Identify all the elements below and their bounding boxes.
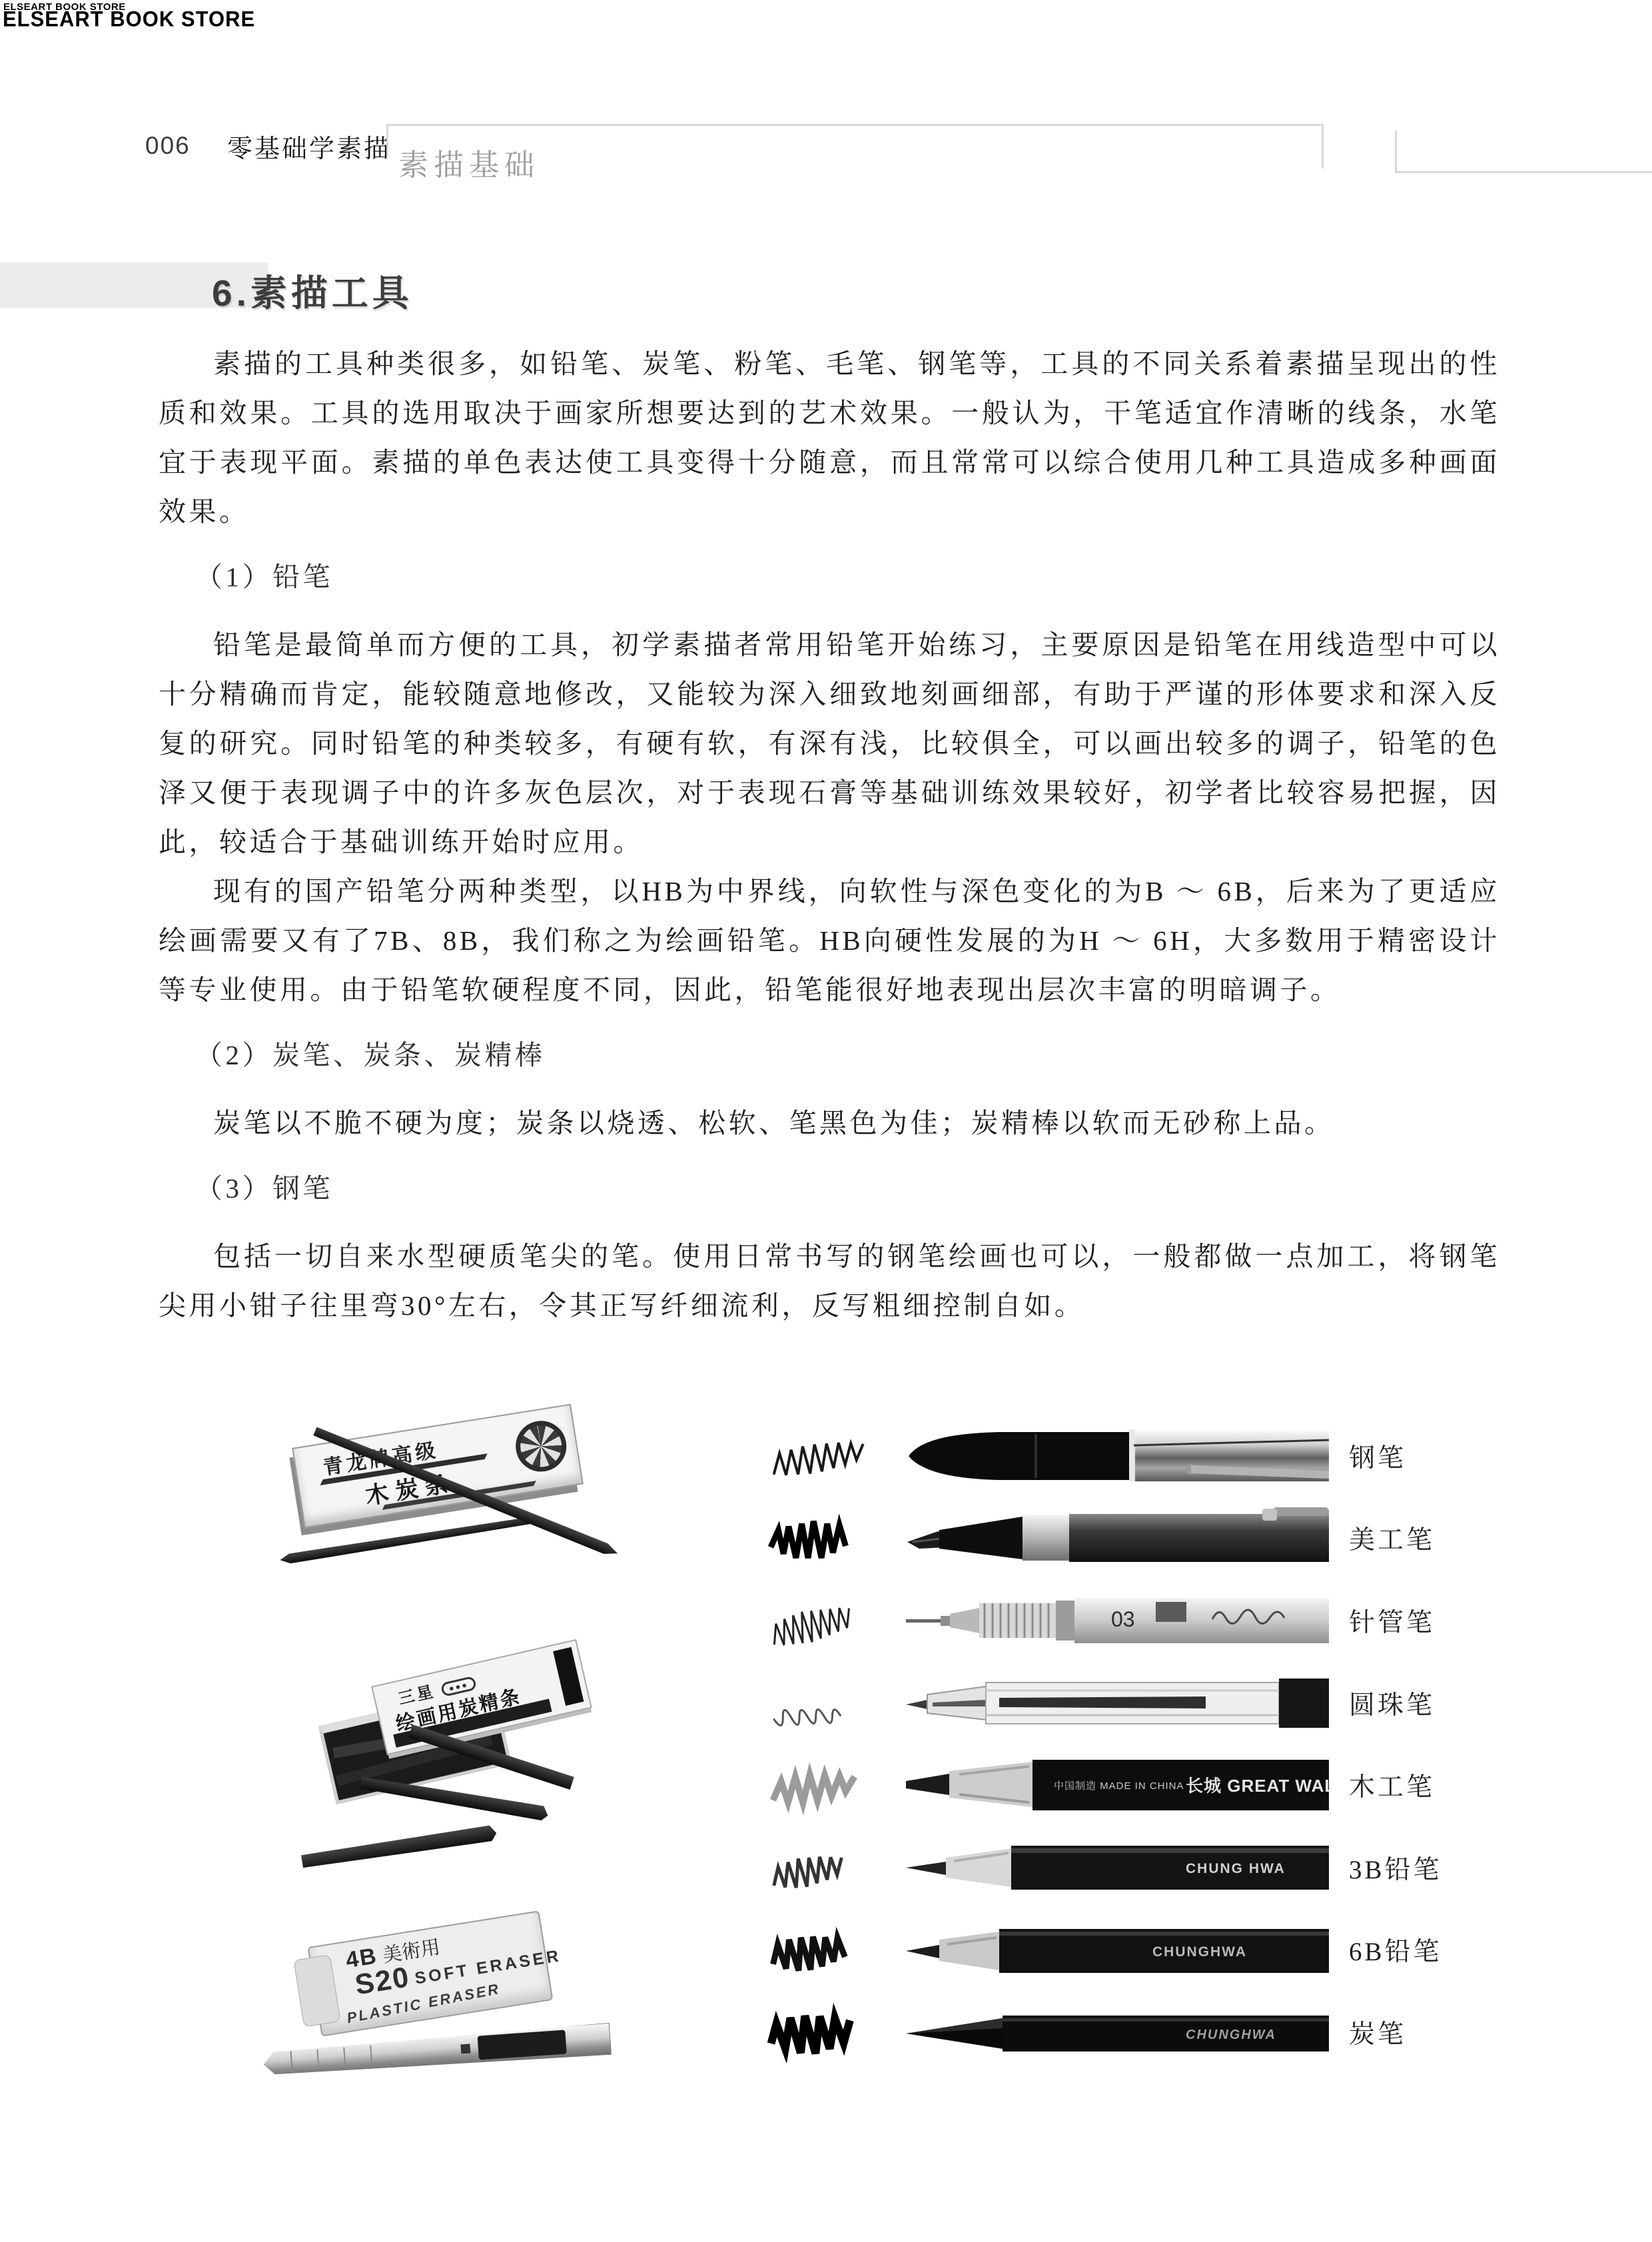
book-page: ELSEART BOOK STORE ELSEART BOOK STORE 00…	[0, 0, 1652, 2242]
fountain-pen-image	[899, 1425, 1329, 1485]
tool-row-6b-pencil: CHUNGHWA 6B铅笔	[746, 1912, 1652, 1986]
charcoal-paragraph: 炭笔以不脆不硬为度；炭条以烧透、松软、笔黑色为佳；炭精棒以软而无砂称上品。	[159, 1098, 1500, 1148]
tool-label: 钢笔	[1349, 1437, 1406, 1475]
subsection-heading-pen: （3）钢笔	[159, 1164, 1500, 1213]
3b-pencil-stroke-sample	[766, 1836, 899, 1898]
ballpoint-pen-image	[899, 1673, 1329, 1732]
charcoal-pencil-stroke-sample	[766, 2000, 899, 2063]
tool-label: 6B铅笔	[1349, 1931, 1442, 1968]
3b-pencil-brand-marking: CHUNG HWA	[1186, 1861, 1286, 1876]
technical-pen-stroke-sample	[766, 1589, 899, 1651]
carpenter-pencil-stroke-sample	[766, 1753, 899, 1816]
header-bracket-rule	[1395, 131, 1652, 173]
tool-row-3b-pencil: CHUNG HWA 3B铅笔	[746, 1830, 1652, 1904]
book-title: 零基础学素描	[227, 128, 391, 165]
6b-pencil-stroke-sample	[766, 1918, 899, 1980]
subsection-heading-pencil: （1）铅笔	[159, 552, 1500, 601]
eraser-body	[293, 1954, 340, 2028]
knife-slider-button	[460, 2044, 470, 2054]
section-title: 6.素描工具	[212, 264, 413, 316]
blade-segment-lines	[290, 2051, 292, 2071]
tool-label: 3B铅笔	[1349, 1849, 1442, 1886]
tool-row-carpenter-pencil: 中国制造 MADE IN CHINA 长城 GREAT WALL 木工笔	[746, 1748, 1652, 1821]
tool-row-fountain-pen: 钢笔	[746, 1419, 1652, 1492]
intro-paragraph: 素描的工具种类很多，如铅笔、炭笔、粉笔、毛笔、钢笔等，工具的不同关系着素描呈现出…	[159, 339, 1500, 536]
technical-pen-size-marking: 03	[1111, 1607, 1135, 1631]
article-body: 素描的工具种类很多，如铅笔、炭笔、粉笔、毛笔、钢笔等，工具的不同关系着素描呈现出…	[159, 339, 1500, 1330]
page-number: 006	[145, 132, 191, 160]
art-pen-stroke-sample	[766, 1506, 899, 1569]
charcoal-stick	[360, 1774, 549, 1821]
3b-pencil-image: CHUNG HWA	[899, 1837, 1329, 1897]
subsection-heading-charcoal: （2）炭笔、炭条、炭精棒	[159, 1030, 1500, 1080]
tool-row-charcoal-pencil: CHUNGHWA 炭笔	[746, 1995, 1652, 2068]
technical-pen-image: 03	[899, 1590, 1329, 1650]
chapter-title-box: 素描基础	[386, 124, 1324, 169]
tool-label: 木工笔	[1349, 1766, 1435, 1804]
tool-label: 美工笔	[1349, 1519, 1435, 1557]
charcoal-pencil-image: CHUNGHWA	[899, 2002, 1329, 2061]
6b-pencil-image: CHUNGHWA	[899, 1919, 1329, 1979]
tool-row-art-pen: 美工笔	[746, 1501, 1652, 1574]
pencil-paragraph-2: 现有的国产铅笔分两种类型，以HB为中界线，向软性与深色变化的为B ～ 6B，后来…	[159, 867, 1500, 1014]
utility-knife-photo	[262, 2023, 612, 2079]
charcoal-pencil-brand-marking: CHUNGHWA	[1186, 2028, 1276, 2042]
6b-pencil-brand-marking: CHUNGHWA	[1152, 1944, 1247, 1960]
tool-row-technical-pen: 03 针管笔	[746, 1583, 1652, 1657]
eraser-photo: 4B 美術用 S20 SOFT ERASER PLASTIC ERASER	[308, 1910, 554, 2036]
carpenter-pencil-image: 中国制造 MADE IN CHINA 长城 GREAT WALL	[899, 1754, 1329, 1814]
tool-label: 圆珠笔	[1349, 1684, 1435, 1722]
dragon-seal-logo	[512, 1417, 570, 1475]
knife-grip	[478, 2030, 567, 2060]
fountain-pen-stroke-sample	[766, 1424, 899, 1487]
ballpoint-pen-stroke-sample	[766, 1671, 899, 1734]
watermark-large: ELSEART BOOK STORE	[3, 7, 255, 32]
box-side-label	[553, 1647, 584, 1706]
carpenter-pencil-brand-marking: 长城 GREAT WALL	[1186, 1776, 1329, 1796]
tool-label: 炭笔	[1349, 2014, 1406, 2051]
chapter-title: 素描基础	[398, 141, 540, 184]
carpenter-pencil-origin-marking: 中国制造 MADE IN CHINA	[1054, 1780, 1184, 1792]
pencil-paragraph-1: 铅笔是最简单而方便的工具，初学素描者常用铅笔开始练习，主要原因是铅笔在用线造型中…	[159, 620, 1500, 867]
tool-row-ballpoint-pen: 圆珠笔	[746, 1666, 1652, 1739]
charcoal-stick-box-photo: 青龙牌高级 木炭条	[292, 1404, 584, 1529]
art-pen-image	[899, 1507, 1329, 1567]
tool-label: 针管笔	[1349, 1602, 1435, 1639]
charcoal-stick	[301, 1824, 498, 1871]
pen-paragraph: 包括一切自来水型硬质笔尖的笔。使用日常书写的钢笔绘画也可以，一般都做一点加工，将…	[159, 1232, 1500, 1330]
